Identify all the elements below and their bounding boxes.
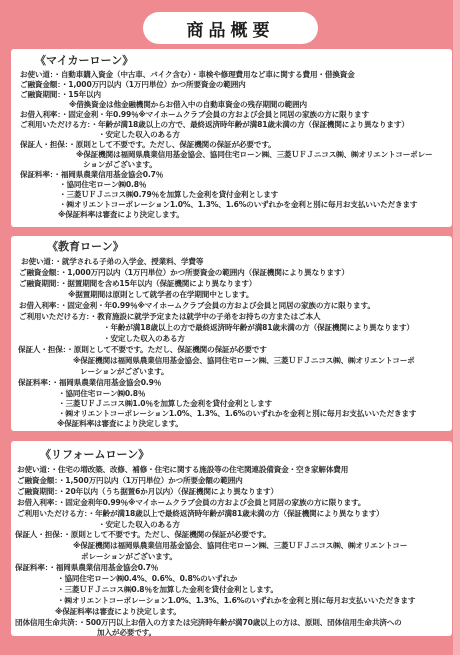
rate-line: お借入利率：・固定金利・年0.99％※マイホームクラブ会員の方および会員と同居の…: [19, 301, 375, 311]
guarantor-note: ※保証機関は福岡県農業信用基金協会、協同住宅ローン㈱、三菱ＵＦＪニコス㈱、㈱オリ…: [76, 150, 432, 160]
fee-line-2: ・協同住宅ローン㈱0.8％: [59, 180, 146, 190]
section-reform-loan: 《リフォームローン》 お使い道：・住宅の増改築、改修、補修・住宅に関する施設等の…: [11, 441, 452, 636]
fee-line: 保証料率：・福岡県農業信用基金協会0.9％: [18, 378, 161, 388]
section-mycar-loan: 《マイカーローン》 お使い道：・自動車購入資金（中古車、バイク含む）・車検や修理…: [11, 49, 452, 227]
section-title: 《リフォームローン》: [40, 446, 149, 462]
fee-line-2: ・協同住宅ローン㈱0.4%、0.6%、0.8%のいずれか: [57, 574, 237, 584]
fee-line: 保証料率：・福岡県農業信用基金協会0.7％: [15, 563, 158, 573]
guarantor-note-cont: レーションがございます。: [80, 367, 168, 377]
eligibility-line: ご利用いただける方：・年齢が満18歳以上の方で、最終返済時年齢が満81歳未満の方…: [20, 120, 409, 130]
fee-line-3: ・三菱ＵＦＪニコス㈱0.8％を加算した金利を貸付金利とします。: [57, 585, 278, 595]
fee-note: ※保証料率は審査により決定します。: [57, 419, 183, 429]
group-insurance-cont: 加入が必要です。: [97, 628, 156, 638]
page-title-pill: 商品概要: [143, 12, 318, 44]
term-line: ご融資期間：・据置期間を含め15年以内（保証機関により異なります）: [19, 279, 256, 289]
fee-note: ※保証料率は審査により決定します。: [58, 210, 184, 220]
section-title: 《教育ローン》: [47, 238, 124, 254]
guarantor-note-cont: ポレーションがございます。: [81, 552, 177, 562]
fee-line-3: ・三菱ＵＦＪニコス㈱1.0％を加算した金利を貸付金利とします: [58, 399, 272, 409]
group-insurance-line: 団体信用生命共済：・500万円以上お借入の方または完済時年齢が満70歳以上の方は…: [15, 618, 402, 628]
page-title: 商品概要: [187, 16, 275, 41]
rate-line: お借入利率：・固定金利年0.99％※マイホームクラブ会員の方および会員と同居の家…: [17, 498, 365, 508]
term-note: ※借換資金は他金融機関からお借入中の自動車資金の残存期間の範囲内: [69, 100, 307, 110]
eligibility-line: ご利用いただける方：・年齢が満18歳以上で最終返済時年齢が満81歳未満の方（保証…: [17, 509, 384, 519]
eligibility-line-3: ・安定した収入のある方: [103, 334, 185, 344]
guarantor-note-cont: ションがございます。: [83, 160, 157, 170]
rate-line: お借入利率：・固定金利・年0.99％※マイホームクラブ会員の方および会員と同居の…: [20, 110, 369, 120]
amount-line: ご融資金額：・1,000万円以内（1万円単位）かつ所要資金の範囲内（保証機関によ…: [19, 268, 349, 278]
fee-line-2: ・協同住宅ローン㈱0.8％: [58, 389, 145, 399]
fee-line-4: ・㈱オリエントコーポレーション1.0%、1.3%、1.6%のいずれかを金利と別に…: [59, 200, 417, 210]
guarantor-line: 保証人・担保：・原則として不要です。ただし、保証機関の保証が必要です。: [20, 140, 276, 150]
fee-line-3: ・三菱ＵＦＪニコス㈱0.79％を加算した金利を貸付金利とします: [59, 190, 278, 200]
guarantor-note: ※保証機関は福岡県農業信用基金協会、協同住宅ローン㈱、三菱ＵＦＪニコス㈱、㈱オリ…: [73, 541, 407, 551]
page-edge-strip: [453, 0, 460, 655]
usage-line: お使い道：・住宅の増改築、改修、補修・住宅に関する施設等の住宅関連設備資金・空き…: [17, 465, 348, 475]
guarantor-note: ※保証機関は福岡県農業信用基金協会、協同住宅ローン㈱、三菱ＵＦＪニコス㈱、㈱オリ…: [73, 356, 415, 366]
eligibility-line: ご利用いただける方：・教育施設に就学予定または就学中の子弟をお持ちの方またはご本…: [19, 312, 320, 322]
term-line: ご融資期間：・20年以内（うち据置6か月以内）（保証機関により異なります）: [17, 487, 278, 497]
fee-line: 保証料率：・福岡県農業信用基金協会0.7％: [20, 170, 163, 180]
eligibility-line-2: ・年齢が満18歳以上の方で最終返済時年齢が満81歳未満の方（保証機関により異なり…: [103, 323, 414, 333]
fee-line-4: ・㈱オリエントコーポレーション1.0%、1.3%、1.6%のいずれかを金利と別に…: [57, 596, 415, 606]
section-title: 《マイカーローン》: [35, 52, 133, 68]
guarantor-line: 保証人・担保：・原則として不要です。ただし、保証機関の保証が必要です: [18, 345, 267, 355]
term-note: ※据置期間は原則として就学者の在学期間中とします。: [68, 290, 253, 300]
guarantor-line: 保証人・担保：・原則として不要です。ただし、保証機関の保証が必要です。: [15, 530, 271, 540]
term-line: ご融資期間：・15年以内: [20, 90, 101, 100]
usage-line: お使い道：・就学される子弟の入学金、授業料、学費等: [21, 257, 203, 267]
section-education-loan: 《教育ローン》 お使い道：・就学される子弟の入学金、授業料、学費等 ご融資金額：…: [11, 236, 452, 431]
usage-line: お使い道：・自動車購入資金（中古車、バイク含む）・車検や修理費用など車に関する費…: [20, 70, 355, 80]
amount-line: ご融資金額：・1,000万円以内（1万円単位）かつ所要資金の範囲内: [20, 80, 246, 90]
eligibility-line-2: ・安定した収入のある方: [98, 520, 180, 530]
eligibility-line-2: ・安定した収入のある方: [98, 130, 180, 140]
fee-line-4: ・㈱オリエントコーポレーション1.0%、1.3%、1.6%のいずれかを金利と別に…: [58, 409, 416, 419]
amount-line: ご融資金額：・1,500万円以内（1万円単位）かつ所要金額の範囲内: [17, 476, 243, 486]
fee-note: ※保証料率は審査により決定します。: [55, 607, 181, 617]
